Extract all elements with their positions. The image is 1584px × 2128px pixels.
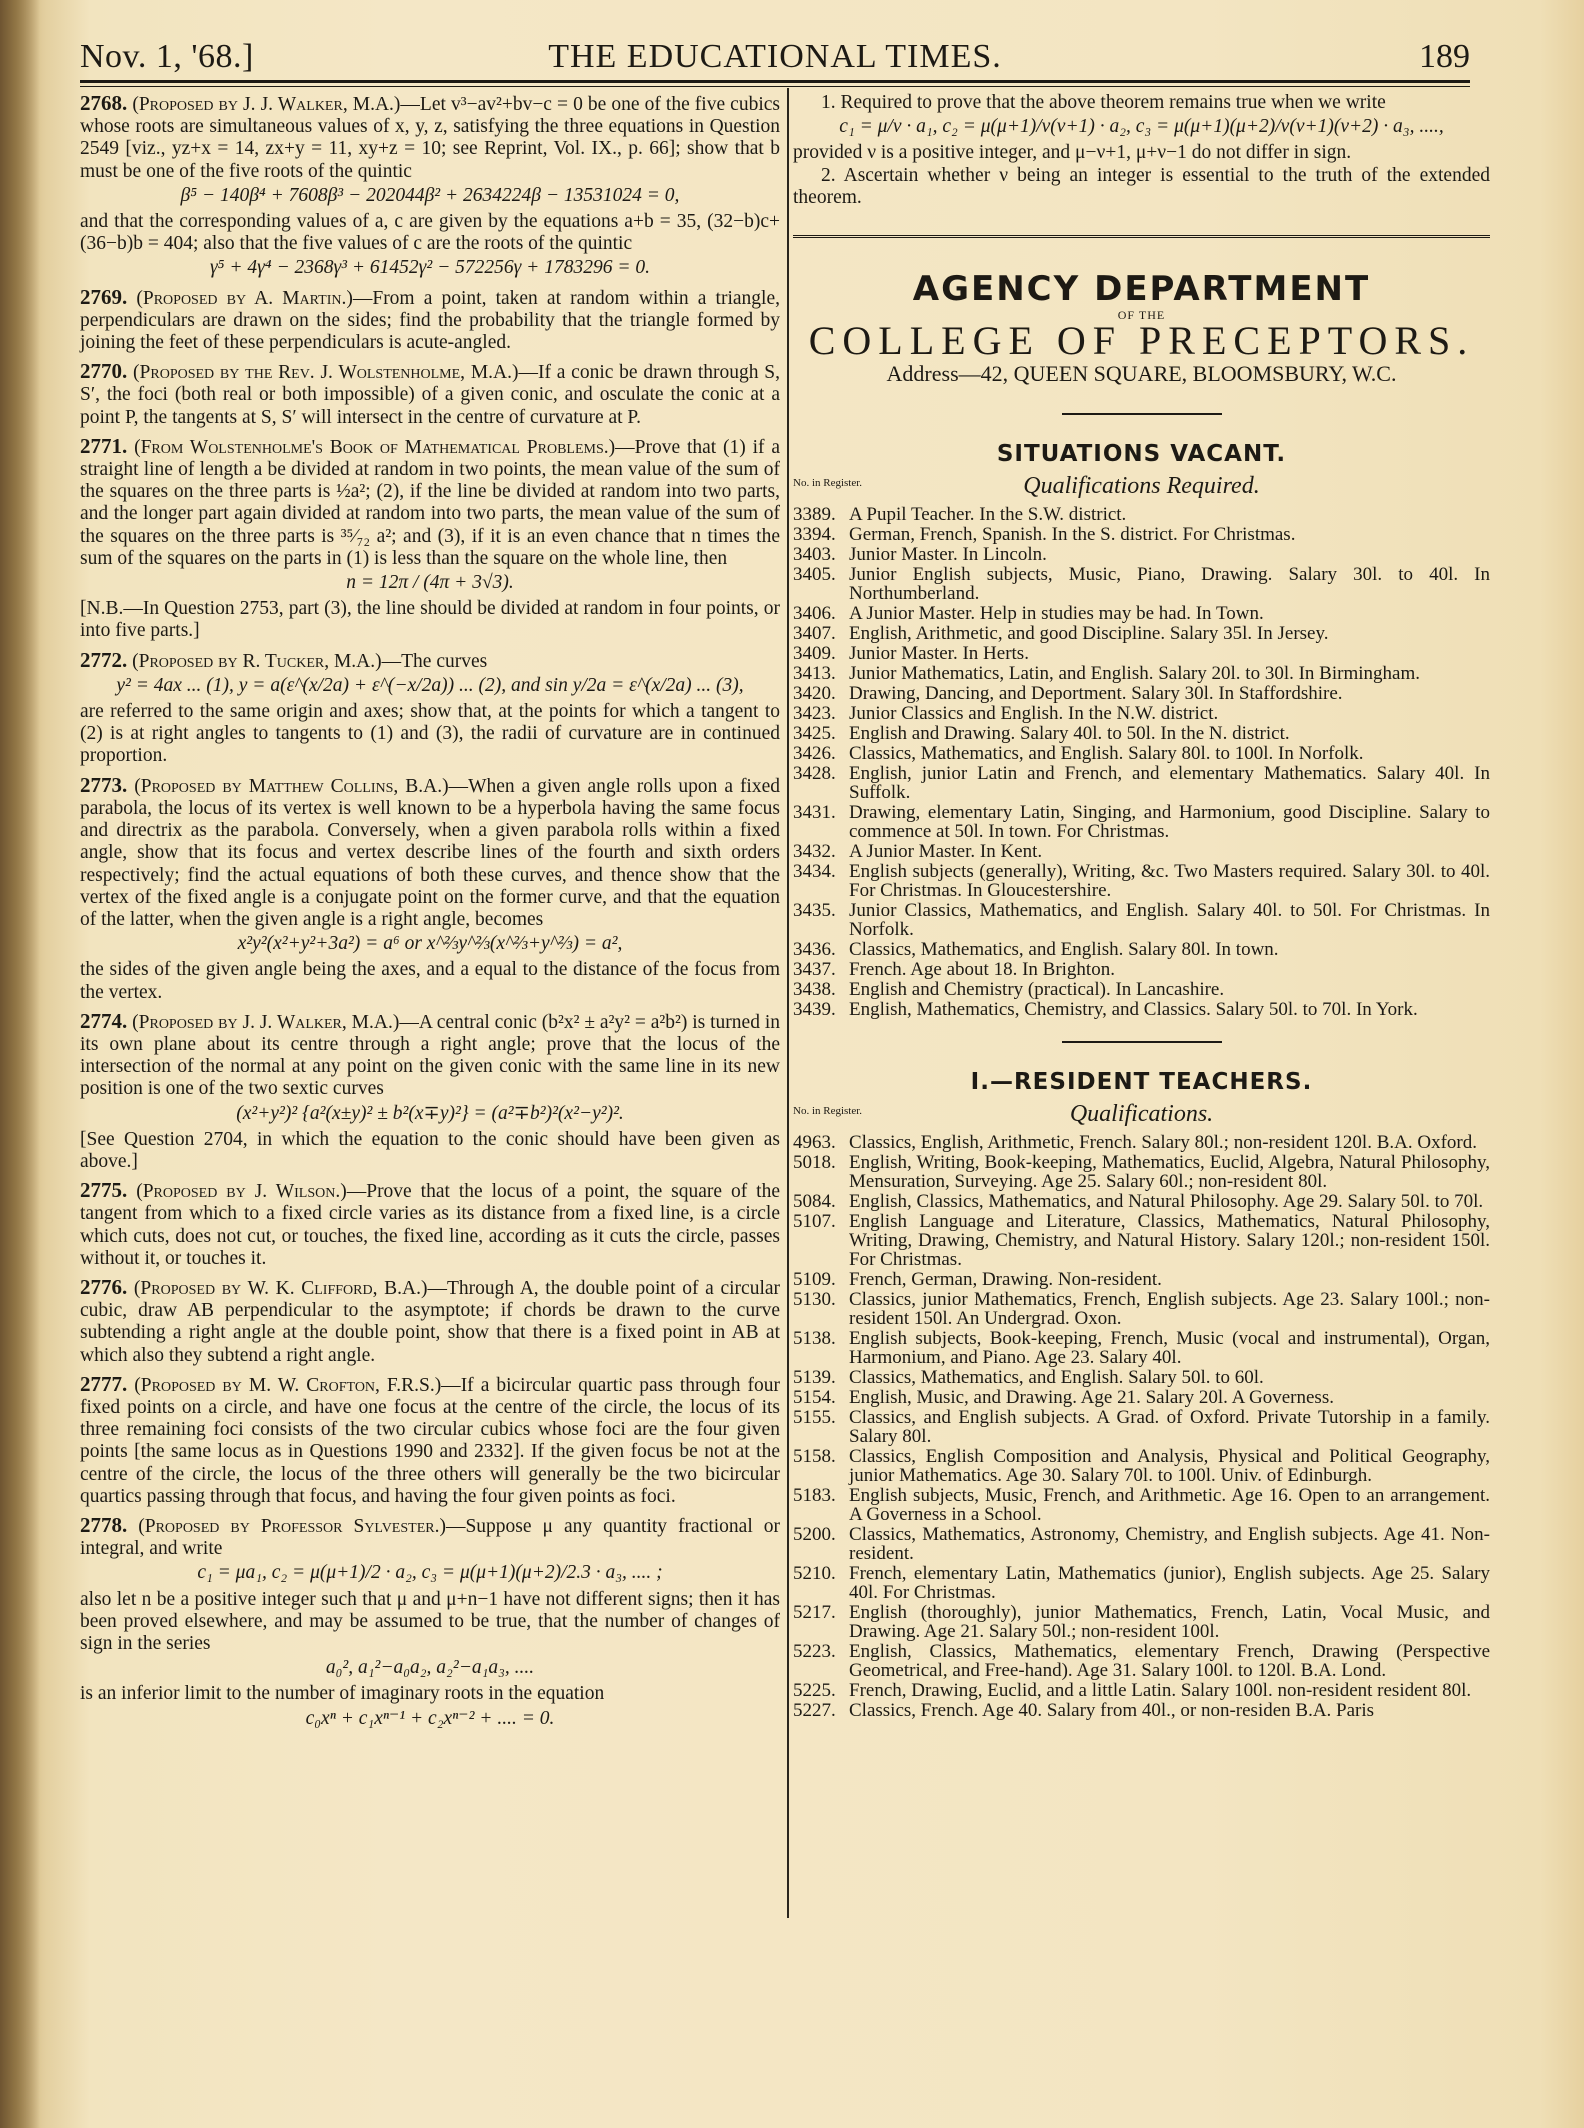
entry-qualifications: Classics, and English subjects. A Grad. …	[849, 1408, 1490, 1446]
register-number: 3413.	[793, 664, 849, 683]
register-entry: 5158.Classics, English Composition and A…	[793, 1447, 1490, 1485]
register-entry: 5155.Classics, and English subjects. A G…	[793, 1408, 1490, 1446]
register-number: 3409.	[793, 644, 849, 663]
register-number: 3394.	[793, 525, 849, 544]
register-entry: 5210.French, elementary Latin, Mathemati…	[793, 1564, 1490, 1602]
entry-qualifications: Classics, English, Arithmetic, French. S…	[849, 1133, 1490, 1152]
agency-header: AGENCY DEPARTMENT OF THE COLLEGE OF PREC…	[793, 278, 1490, 385]
register-entry: 3428.English, junior Latin and French, a…	[793, 764, 1490, 802]
resident-teachers-list: 4963.Classics, English, Arithmetic, Fren…	[793, 1133, 1490, 1720]
register-entry: 3394.German, French, Spanish. In the S. …	[793, 525, 1490, 544]
question-equation: β⁵ − 140β⁴ + 7608β³ − 202044β² + 2634224…	[80, 185, 780, 207]
question-equation: y² = 4ax ... (1), y = a(ε^(x/2a) + ε^(−x…	[80, 675, 780, 697]
register-number: 5139.	[793, 1368, 849, 1387]
entry-qualifications: English, Classics, Mathematics, elementa…	[849, 1642, 1490, 1680]
question-number: 2768.	[80, 91, 127, 115]
entry-qualifications: Junior Master. In Lincoln.	[849, 545, 1490, 564]
section-rule	[793, 235, 1490, 238]
book-spine-shadow	[0, 0, 40, 2128]
register-number: 5018.	[793, 1153, 849, 1191]
college-name: COLLEGE OF PRECEPTORS.	[793, 330, 1490, 352]
continuation-p3: 2. Ascertain whether ν being an integer …	[793, 165, 1490, 209]
publication-title: THE EDUCATIONAL TIMES.	[80, 38, 1470, 76]
register-number: 4963.	[793, 1133, 849, 1152]
question-equation: γ⁵ + 4γ⁴ − 2368γ³ + 61452γ² − 572256γ + …	[80, 257, 780, 279]
register-number: 5084.	[793, 1192, 849, 1211]
register-entry: 3432.A Junior Master. In Kent.	[793, 842, 1490, 861]
register-number: 5223.	[793, 1642, 849, 1680]
entry-qualifications: A Pupil Teacher. In the S.W. district.	[849, 505, 1490, 524]
entry-qualifications: English, Writing, Book-keeping, Mathemat…	[849, 1153, 1490, 1191]
question-note: [See Question 2704, in which the equatio…	[80, 1129, 780, 1173]
entry-qualifications: English and Drawing. Salary 40l. to 50l.…	[849, 724, 1490, 743]
entry-qualifications: Junior Classics, Mathematics, and Englis…	[849, 901, 1490, 939]
entry-qualifications: Classics, Mathematics, Astronomy, Chemis…	[849, 1525, 1490, 1563]
question-text: and that the corresponding values of a, …	[80, 211, 780, 255]
question-proposer: (Proposed by M. W. Crofton, F.R.S.)—	[134, 1375, 460, 1396]
entry-qualifications: Junior Classics and English. In the N.W.…	[849, 704, 1490, 723]
situations-vacant-heading: SITUATIONS VACANT.	[793, 443, 1490, 465]
register-number: 3425.	[793, 724, 849, 743]
register-entry: 3435.Junior Classics, Mathematics, and E…	[793, 901, 1490, 939]
register-entry: 5018.English, Writing, Book-keeping, Mat…	[793, 1153, 1490, 1191]
question-number: 2772.	[80, 648, 127, 672]
question-equation: a₀², a₁²−a₀a₂, a₂²−a₁a₃, ....	[80, 1657, 780, 1679]
register-entry: 5138.English subjects, Book-keeping, Fre…	[793, 1329, 1490, 1367]
continuation-block: 1. Required to prove that the above theo…	[793, 92, 1490, 209]
question-9: 2777. (Proposed by M. W. Crofton, F.R.S.…	[80, 1373, 780, 1508]
register-number: 5227.	[793, 1701, 849, 1720]
question-4: 2772. (Proposed by R. Tucker, M.A.)—The …	[80, 649, 780, 768]
register-entry: 3406.A Junior Master. Help in studies ma…	[793, 604, 1490, 623]
register-number: 3437.	[793, 960, 849, 979]
qualifications-required-subheading: No. in Register. Qualifications Required…	[793, 475, 1490, 503]
register-number: 3431.	[793, 803, 849, 841]
question-text: the sides of the given angle being the a…	[80, 959, 780, 1003]
right-column: 1. Required to prove that the above theo…	[793, 92, 1490, 1721]
register-entry: 5154.English, Music, and Drawing. Age 21…	[793, 1388, 1490, 1407]
question-text: The curves	[401, 651, 487, 672]
entry-qualifications: Classics, French. Age 40. Salary from 40…	[849, 1701, 1490, 1720]
entry-qualifications: English subjects (generally), Writing, &…	[849, 862, 1490, 900]
question-proposer: (Proposed by J. J. Walker, M.A.)—	[132, 1012, 419, 1033]
register-number: 5109.	[793, 1270, 849, 1289]
register-entry: 5200.Classics, Mathematics, Astronomy, C…	[793, 1525, 1490, 1563]
register-number: 3420.	[793, 684, 849, 703]
register-label: No. in Register.	[793, 477, 862, 489]
question-6: 2774. (Proposed by J. J. Walker, M.A.)—A…	[80, 1010, 780, 1173]
question-number: 2770.	[80, 359, 127, 383]
register-entry: 3431.Drawing, elementary Latin, Singing,…	[793, 803, 1490, 841]
register-entry: 5139.Classics, Mathematics, and English.…	[793, 1368, 1490, 1387]
question-8: 2776. (Proposed by W. K. Clifford, B.A.)…	[80, 1276, 780, 1367]
page-number: 189	[1419, 38, 1470, 76]
register-entry: 5084.English, Classics, Mathematics, and…	[793, 1192, 1490, 1211]
register-entry: 3423.Junior Classics and English. In the…	[793, 704, 1490, 723]
entry-qualifications: English, Arithmetic, and good Discipline…	[849, 624, 1490, 643]
question-proposer: (Proposed by the Rev. J. Wolstenholme, M…	[133, 362, 538, 383]
register-entry: 5130.Classics, junior Mathematics, Frenc…	[793, 1290, 1490, 1328]
register-number: 3428.	[793, 764, 849, 802]
question-proposer: (Proposed by W. K. Clifford, B.A.)—	[134, 1278, 447, 1299]
register-entry: 3409.Junior Master. In Herts.	[793, 644, 1490, 663]
question-1: 2769. (Proposed by A. Martin.)—From a po…	[80, 286, 780, 355]
question-equation: x²y²(x²+y²+3a²) = a⁶ or x^⅔y^⅔(x^⅔+y^⅔) …	[80, 933, 780, 955]
register-number: 5200.	[793, 1525, 849, 1563]
register-entry: 4963.Classics, English, Arithmetic, Fren…	[793, 1133, 1490, 1152]
register-number: 3432.	[793, 842, 849, 861]
entry-qualifications: Junior Mathematics, Latin, and English. …	[849, 664, 1490, 683]
register-number: 5155.	[793, 1408, 849, 1446]
register-number: 5138.	[793, 1329, 849, 1367]
question-proposer: (Proposed by Matthew Collins, B.A.)—	[134, 776, 468, 797]
entry-qualifications: English, Mathematics, Chemistry, and Cla…	[849, 1000, 1490, 1019]
register-entry: 5217.English (thoroughly), junior Mathem…	[793, 1603, 1490, 1641]
entry-qualifications: English, Music, and Drawing. Age 21. Sal…	[849, 1388, 1490, 1407]
register-entry: 3405.Junior English subjects, Music, Pia…	[793, 565, 1490, 603]
entry-qualifications: English subjects, Music, French, and Ari…	[849, 1486, 1490, 1524]
continuation-p1: 1. Required to prove that the above theo…	[793, 92, 1490, 114]
register-entry: 3438.English and Chemistry (practical). …	[793, 980, 1490, 999]
question-number: 2775.	[80, 1178, 127, 1202]
question-number: 2774.	[80, 1009, 127, 1033]
entry-qualifications: Classics, Mathematics, and English. Sala…	[849, 940, 1490, 959]
agency-title: AGENCY DEPARTMENT	[793, 278, 1490, 300]
question-number: 2776.	[80, 1275, 127, 1299]
left-column: 2768. (Proposed by J. J. Walker, M.A.)—L…	[80, 92, 780, 1736]
register-number: 5158.	[793, 1447, 849, 1485]
question-text: When a given angle rolls upon a fixed pa…	[80, 776, 780, 930]
continuation-p2: provided ν is a positive integer, and μ−…	[793, 142, 1490, 164]
entry-qualifications: Drawing, elementary Latin, Singing, and …	[849, 803, 1490, 841]
question-text: is an inferior limit to the number of im…	[80, 1683, 780, 1705]
register-number: 3435.	[793, 901, 849, 939]
register-entry: 3403.Junior Master. In Lincoln.	[793, 545, 1490, 564]
entry-qualifications: English Language and Literature, Classic…	[849, 1212, 1490, 1269]
entry-qualifications: English (thoroughly), junior Mathematics…	[849, 1603, 1490, 1641]
question-text: are referred to the same origin and axes…	[80, 701, 780, 768]
entry-qualifications: English and Chemistry (practical). In La…	[849, 980, 1490, 999]
register-number: 5225.	[793, 1681, 849, 1700]
page-header: Nov. 1, '68.] THE EDUCATIONAL TIMES. 189	[80, 38, 1470, 78]
question-equation: n = 12π / (4π + 3√3).	[80, 572, 780, 594]
register-entry: 3420.Drawing, Dancing, and Deportment. S…	[793, 684, 1490, 703]
question-proposer: (Proposed by R. Tucker, M.A.)—	[132, 651, 401, 672]
question-note: [N.B.—In Question 2753, part (3), the li…	[80, 598, 780, 642]
question-7: 2775. (Proposed by J. Wilson.)—Prove tha…	[80, 1179, 780, 1270]
qualifications-subheading: No. in Register. Qualifications.	[793, 1103, 1490, 1131]
short-rule	[1062, 413, 1222, 415]
register-entry: 3437.French. Age about 18. In Brighton.	[793, 960, 1490, 979]
register-entry: 5225.French, Drawing, Euclid, and a litt…	[793, 1681, 1490, 1700]
register-entry: 5227.Classics, French. Age 40. Salary fr…	[793, 1701, 1490, 1720]
register-entry: 5223.English, Classics, Mathematics, ele…	[793, 1642, 1490, 1680]
register-number: 5217.	[793, 1603, 849, 1641]
register-number: 5154.	[793, 1388, 849, 1407]
register-number: 3405.	[793, 565, 849, 603]
question-number: 2778.	[80, 1513, 127, 1537]
register-entry: 3426.Classics, Mathematics, and English.…	[793, 744, 1490, 763]
register-entry: 3436.Classics, Mathematics, and English.…	[793, 940, 1490, 959]
entry-qualifications: Junior English subjects, Music, Piano, D…	[849, 565, 1490, 603]
register-number: 3423.	[793, 704, 849, 723]
question-proposer: (Proposed by J. Wilson.)—	[136, 1181, 366, 1202]
entry-qualifications: A Junior Master. In Kent.	[849, 842, 1490, 861]
header-rule	[80, 80, 1470, 83]
register-number: 3389.	[793, 505, 849, 524]
header-rule-thin	[80, 86, 1470, 87]
register-entry: 3434.English subjects (generally), Writi…	[793, 862, 1490, 900]
entry-qualifications: Drawing, Dancing, and Deportment. Salary…	[849, 684, 1490, 703]
register-number: 3434.	[793, 862, 849, 900]
question-5: 2773. (Proposed by Matthew Collins, B.A.…	[80, 774, 780, 1004]
question-number: 2771.	[80, 434, 127, 458]
register-number: 3403.	[793, 545, 849, 564]
register-entry: 3439.English, Mathematics, Chemistry, an…	[793, 1000, 1490, 1019]
entry-qualifications: German, French, Spanish. In the S. distr…	[849, 525, 1490, 544]
entry-qualifications: Classics, junior Mathematics, French, En…	[849, 1290, 1490, 1328]
question-2: 2770. (Proposed by the Rev. J. Wolstenho…	[80, 360, 780, 429]
question-0: 2768. (Proposed by J. J. Walker, M.A.)—L…	[80, 92, 780, 280]
entry-qualifications: French. Age about 18. In Brighton.	[849, 960, 1490, 979]
entry-qualifications: Classics, Mathematics, and English. Sala…	[849, 744, 1490, 763]
continuation-equation: c₁ = μ/ν · a₁, c₂ = μ(μ+1)/ν(ν+1) · a₂, …	[793, 116, 1490, 138]
register-number: 3406.	[793, 604, 849, 623]
register-entry: 5107.English Language and Literature, Cl…	[793, 1212, 1490, 1269]
entry-qualifications: Junior Master. In Herts.	[849, 644, 1490, 663]
register-number: 5130.	[793, 1290, 849, 1328]
entry-qualifications: Classics, English Composition and Analys…	[849, 1447, 1490, 1485]
register-entry: 3389.A Pupil Teacher. In the S.W. distri…	[793, 505, 1490, 524]
question-equation: (x²+y²)² {a²(x±y)² ± b²(x∓y)²} = (a²∓b²)…	[80, 1103, 780, 1125]
question-number: 2773.	[80, 773, 127, 797]
agency-address: Address—42, QUEEN SQUARE, BLOOMSBURY, W.…	[793, 363, 1490, 385]
question-proposer: (Proposed by A. Martin.)—	[136, 288, 372, 309]
situations-vacant-list: 3389.A Pupil Teacher. In the S.W. distri…	[793, 505, 1490, 1019]
question-proposer: (Proposed by Professor Sylvester.)—	[138, 1516, 465, 1537]
register-entry: 3407.English, Arithmetic, and good Disci…	[793, 624, 1490, 643]
question-proposer: (Proposed by J. J. Walker, M.A.)—	[132, 94, 420, 115]
entry-qualifications: French, Drawing, Euclid, and a little La…	[849, 1681, 1490, 1700]
short-rule	[1062, 1041, 1222, 1043]
question-equation: c₁ = μa₁, c₂ = μ(μ+1)/2 · a₂, c₃ = μ(μ+1…	[80, 1562, 780, 1584]
register-number: 3439.	[793, 1000, 849, 1019]
register-number: 5107.	[793, 1212, 849, 1269]
question-10: 2778. (Proposed by Professor Sylvester.)…	[80, 1514, 780, 1730]
question-text: also let n be a positive integer such th…	[80, 1589, 780, 1656]
register-number: 3426.	[793, 744, 849, 763]
entry-qualifications: English, Classics, Mathematics, and Natu…	[849, 1192, 1490, 1211]
register-entry: 5109.French, German, Drawing. Non-reside…	[793, 1270, 1490, 1289]
question-number: 2769.	[80, 285, 127, 309]
register-number: 5210.	[793, 1564, 849, 1602]
question-3: 2771. (From Wolstenholme's Book of Mathe…	[80, 435, 780, 643]
register-entry: 3425.English and Drawing. Salary 40l. to…	[793, 724, 1490, 743]
column-divider	[787, 88, 789, 1918]
register-number: 3438.	[793, 980, 849, 999]
question-proposer: (From Wolstenholme's Book of Mathematica…	[134, 437, 635, 458]
entry-qualifications: A Junior Master. Help in studies may be …	[849, 604, 1490, 623]
entry-qualifications: French, elementary Latin, Mathematics (j…	[849, 1564, 1490, 1602]
register-label: No. in Register.	[793, 1105, 862, 1117]
question-equation: c₀xⁿ + c₁xⁿ⁻¹ + c₂xⁿ⁻² + .... = 0.	[80, 1708, 780, 1730]
entry-qualifications: English, junior Latin and French, and el…	[849, 764, 1490, 802]
register-entry: 3413.Junior Mathematics, Latin, and Engl…	[793, 664, 1490, 683]
register-number: 3436.	[793, 940, 849, 959]
question-number: 2777.	[80, 1372, 127, 1396]
entry-qualifications: English subjects, Book-keeping, French, …	[849, 1329, 1490, 1367]
register-number: 5183.	[793, 1486, 849, 1524]
entry-qualifications: French, German, Drawing. Non-resident.	[849, 1270, 1490, 1289]
register-number: 3407.	[793, 624, 849, 643]
resident-teachers-heading: I.—RESIDENT TEACHERS.	[793, 1071, 1490, 1093]
entry-qualifications: Classics, Mathematics, and English. Sala…	[849, 1368, 1490, 1387]
register-entry: 5183.English subjects, Music, French, an…	[793, 1486, 1490, 1524]
